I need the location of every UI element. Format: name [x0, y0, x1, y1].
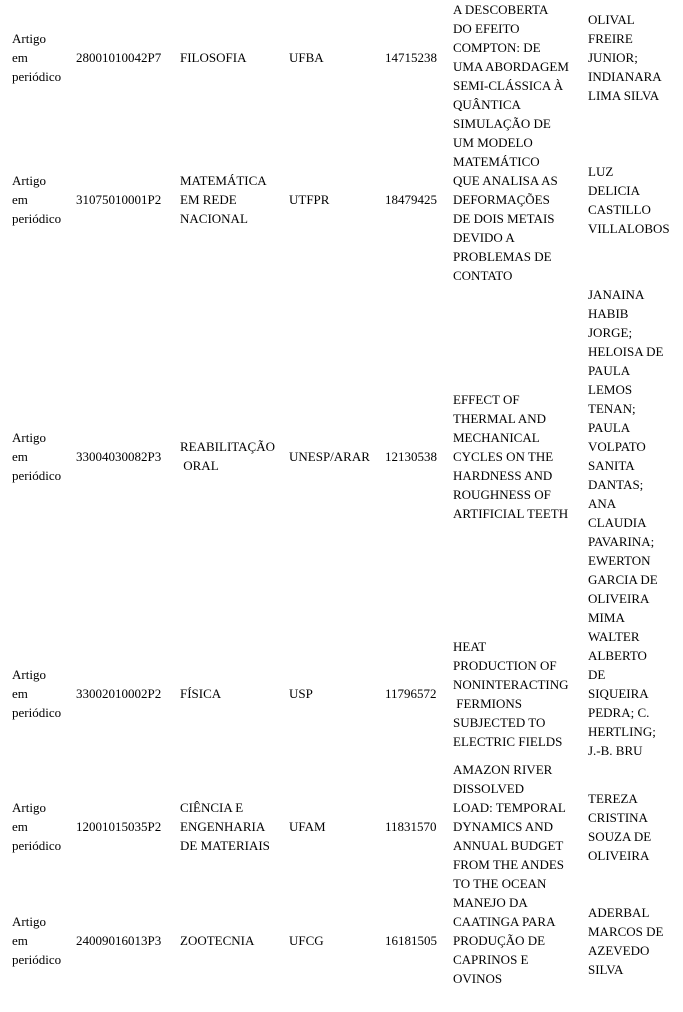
institution-cell: USP: [287, 627, 383, 760]
title-cell: SIMULAÇÃO DEUM MODELOMATEMÁTICOQUE ANALI…: [451, 114, 586, 285]
authors-line: ADERBAL: [588, 903, 674, 922]
title-cell: EFFECT OFTHERMAL ANDMECHANICALCYCLES ON …: [451, 285, 586, 627]
title-line: CYCLES ON THE: [453, 447, 584, 466]
publication-type-cell: Artigoemperiódico: [8, 893, 74, 988]
authors-line: PAULA: [588, 418, 674, 437]
authors-cell: OLIVALFREIREJUNIOR;INDIANARALIMA SILVA: [586, 0, 676, 114]
publication-type-line: em: [12, 190, 72, 209]
program-code-cell: 12001015035P2: [74, 760, 178, 893]
title-line: CAPRINOS E: [453, 950, 584, 969]
publication-type-line: em: [12, 684, 72, 703]
title-line: FERMIONS: [453, 694, 584, 713]
title-line: DEVIDO A: [453, 228, 584, 247]
publication-type-line: em: [12, 931, 72, 950]
publication-type-line: Artigo: [12, 29, 72, 48]
publication-type-cell: Artigoemperiódico: [8, 627, 74, 760]
title-line: HEAT: [453, 637, 584, 656]
institution-cell: UFAM: [287, 760, 383, 893]
authors-line: AZEVEDO: [588, 941, 674, 960]
title-line: TO THE OCEAN: [453, 874, 584, 893]
publication-type-cell: Artigoemperiódico: [8, 760, 74, 893]
authors-line: SOUZA DE: [588, 827, 674, 846]
authors-cell: TEREZACRISTINASOUZA DEOLIVEIRA: [586, 760, 676, 893]
publications-table: Artigoemperiódico28001010042P7FILOSOFIAU…: [8, 0, 676, 988]
publication-type-line: periódico: [12, 703, 72, 722]
authors-line: ANA: [588, 494, 674, 513]
production-id-cell: 18479425: [383, 114, 451, 285]
program-code-cell: 33004030082P3: [74, 285, 178, 627]
area-line: REABILITAÇÃO: [180, 437, 285, 456]
title-line: ROUGHNESS OF: [453, 485, 584, 504]
title-line: PROBLEMAS DE: [453, 247, 584, 266]
authors-line: JORGE;: [588, 323, 674, 342]
title-line: ARTIFICIAL TEETH: [453, 504, 584, 523]
institution-cell: UTFPR: [287, 114, 383, 285]
institution-cell: UFBA: [287, 0, 383, 114]
publication-type-line: periódico: [12, 209, 72, 228]
authors-line: DELICIA: [588, 181, 674, 200]
title-line: MECHANICAL: [453, 428, 584, 447]
production-id-cell: 12130538: [383, 285, 451, 627]
authors-line: FREIRE: [588, 29, 674, 48]
authors-line: LEMOS: [588, 380, 674, 399]
institution-cell: UFCG: [287, 893, 383, 988]
authors-line: SANITA: [588, 456, 674, 475]
title-cell: AMAZON RIVERDISSOLVEDLOAD: TEMPORALDYNAM…: [451, 760, 586, 893]
title-cell: HEATPRODUCTION OFNONINTERACTING FERMIONS…: [451, 627, 586, 760]
area-line: ENGENHARIA: [180, 817, 285, 836]
authors-line: ALBERTO: [588, 646, 674, 665]
authors-line: WALTER: [588, 627, 674, 646]
authors-line: HELOISA DE: [588, 342, 674, 361]
publication-type-cell: Artigoemperiódico: [8, 114, 74, 285]
title-line: DO EFEITO: [453, 19, 584, 38]
authors-line: OLIVEIRA: [588, 589, 674, 608]
title-line: HARDNESS AND: [453, 466, 584, 485]
area-cell: MATEMÁTICAEM REDENACIONAL: [178, 114, 287, 285]
area-cell: CIÊNCIA EENGENHARIADE MATERIAIS: [178, 760, 287, 893]
title-line: PRODUCTION OF: [453, 656, 584, 675]
authors-line: TEREZA: [588, 789, 674, 808]
area-line: EM REDE: [180, 190, 285, 209]
authors-cell: WALTERALBERTODESIQUEIRAPEDRA; C.HERTLING…: [586, 627, 676, 760]
area-line: CIÊNCIA E: [180, 798, 285, 817]
title-line: ANNUAL BUDGET: [453, 836, 584, 855]
title-line: THERMAL AND: [453, 409, 584, 428]
title-line: DISSOLVED: [453, 779, 584, 798]
publication-type-line: Artigo: [12, 665, 72, 684]
table-row: Artigoemperiódico12001015035P2CIÊNCIA EE…: [8, 760, 676, 893]
authors-line: INDIANARA: [588, 67, 674, 86]
area-cell: ZOOTECNIA: [178, 893, 287, 988]
table-row: Artigoemperiódico28001010042P7FILOSOFIAU…: [8, 0, 676, 114]
authors-line: CASTILLO: [588, 200, 674, 219]
title-line: DYNAMICS AND: [453, 817, 584, 836]
authors-line: OLIVEIRA: [588, 846, 674, 865]
authors-line: JUNIOR;: [588, 48, 674, 67]
authors-line: JANAINA: [588, 285, 674, 304]
production-id-cell: 11831570: [383, 760, 451, 893]
title-cell: MANEJO DACAATINGA PARAPRODUÇÃO DECAPRINO…: [451, 893, 586, 988]
area-line: FILOSOFIA: [180, 48, 285, 67]
title-line: MANEJO DA: [453, 893, 584, 912]
area-line: DE MATERIAIS: [180, 836, 285, 855]
publication-type-line: periódico: [12, 836, 72, 855]
authors-cell: ADERBALMARCOS DEAZEVEDOSILVA: [586, 893, 676, 988]
authors-line: PAVARINA;: [588, 532, 674, 551]
authors-line: SILVA: [588, 960, 674, 979]
production-id-cell: 11796572: [383, 627, 451, 760]
program-code-cell: 28001010042P7: [74, 0, 178, 114]
area-cell: REABILITAÇÃO ORAL: [178, 285, 287, 627]
title-line: QUÂNTICA: [453, 95, 584, 114]
authors-line: J.-B. BRU: [588, 741, 674, 760]
title-line: A DESCOBERTA: [453, 0, 584, 19]
authors-line: DE: [588, 665, 674, 684]
title-line: DE DOIS METAIS: [453, 209, 584, 228]
authors-line: GARCIA DE: [588, 570, 674, 589]
institution-cell: UNESP/ARAR: [287, 285, 383, 627]
authors-line: VILLALOBOS: [588, 219, 674, 238]
production-id-cell: 16181505: [383, 893, 451, 988]
title-cell: A DESCOBERTADO EFEITOCOMPTON: DEUMA ABOR…: [451, 0, 586, 114]
area-line: FÍSICA: [180, 684, 285, 703]
publication-type-line: Artigo: [12, 798, 72, 817]
title-line: LOAD: TEMPORAL: [453, 798, 584, 817]
authors-line: LIMA SILVA: [588, 86, 674, 105]
authors-line: SIQUEIRA: [588, 684, 674, 703]
publication-type-cell: Artigoemperiódico: [8, 0, 74, 114]
title-line: UMA ABORDAGEM: [453, 57, 584, 76]
authors-line: LUZ: [588, 162, 674, 181]
title-line: AMAZON RIVER: [453, 760, 584, 779]
table-row: Artigoemperiódico24009016013P3ZOOTECNIAU…: [8, 893, 676, 988]
authors-cell: LUZDELICIACASTILLOVILLALOBOS: [586, 114, 676, 285]
area-cell: FILOSOFIA: [178, 0, 287, 114]
authors-line: HABIB: [588, 304, 674, 323]
publication-type-cell: Artigoemperiódico: [8, 285, 74, 627]
table-row: Artigoemperiódico33002010002P2FÍSICAUSP1…: [8, 627, 676, 760]
title-line: SEMI-CLÁSSICA À: [453, 76, 584, 95]
title-line: UM MODELO: [453, 133, 584, 152]
title-line: CONTATO: [453, 266, 584, 285]
title-line: COMPTON: DE: [453, 38, 584, 57]
authors-line: MARCOS DE: [588, 922, 674, 941]
title-line: NONINTERACTING: [453, 675, 584, 694]
authors-line: TENAN;: [588, 399, 674, 418]
authors-cell: JANAINAHABIBJORGE;HELOISA DEPAULALEMOSTE…: [586, 285, 676, 627]
publication-type-line: periódico: [12, 950, 72, 969]
authors-line: OLIVAL: [588, 10, 674, 29]
authors-line: EWERTON: [588, 551, 674, 570]
program-code-cell: 24009016013P3: [74, 893, 178, 988]
authors-line: PAULA: [588, 361, 674, 380]
authors-line: DANTAS;: [588, 475, 674, 494]
title-line: ELECTRIC FIELDS: [453, 732, 584, 751]
title-line: SIMULAÇÃO DE: [453, 114, 584, 133]
program-code-cell: 33002010002P2: [74, 627, 178, 760]
authors-line: HERTLING;: [588, 722, 674, 741]
area-cell: FÍSICA: [178, 627, 287, 760]
area-line: NACIONAL: [180, 209, 285, 228]
publications-table-body: Artigoemperiódico28001010042P7FILOSOFIAU…: [8, 0, 676, 988]
table-row: Artigoemperiódico31075010001P2MATEMÁTICA…: [8, 114, 676, 285]
area-line: MATEMÁTICA: [180, 171, 285, 190]
title-line: EFFECT OF: [453, 390, 584, 409]
publication-type-line: em: [12, 817, 72, 836]
publication-type-line: periódico: [12, 67, 72, 86]
title-line: DEFORMAÇÕES: [453, 190, 584, 209]
title-line: SUBJECTED TO: [453, 713, 584, 732]
publication-type-line: Artigo: [12, 428, 72, 447]
publication-type-line: em: [12, 48, 72, 67]
title-line: MATEMÁTICO: [453, 152, 584, 171]
title-line: OVINOS: [453, 969, 584, 988]
publication-type-line: Artigo: [12, 912, 72, 931]
title-line: FROM THE ANDES: [453, 855, 584, 874]
production-id-cell: 14715238: [383, 0, 451, 114]
publication-type-line: em: [12, 447, 72, 466]
title-line: PRODUÇÃO DE: [453, 931, 584, 950]
program-code-cell: 31075010001P2: [74, 114, 178, 285]
title-line: QUE ANALISA AS: [453, 171, 584, 190]
title-line: CAATINGA PARA: [453, 912, 584, 931]
publication-type-line: Artigo: [12, 171, 72, 190]
table-row: Artigoemperiódico33004030082P3REABILITAÇ…: [8, 285, 676, 627]
authors-line: CLAUDIA: [588, 513, 674, 532]
publication-type-line: periódico: [12, 466, 72, 485]
authors-line: MIMA: [588, 608, 674, 627]
area-line: ZOOTECNIA: [180, 931, 285, 950]
authors-line: CRISTINA: [588, 808, 674, 827]
authors-line: VOLPATO: [588, 437, 674, 456]
area-line: ORAL: [180, 456, 285, 475]
authors-line: PEDRA; C.: [588, 703, 674, 722]
